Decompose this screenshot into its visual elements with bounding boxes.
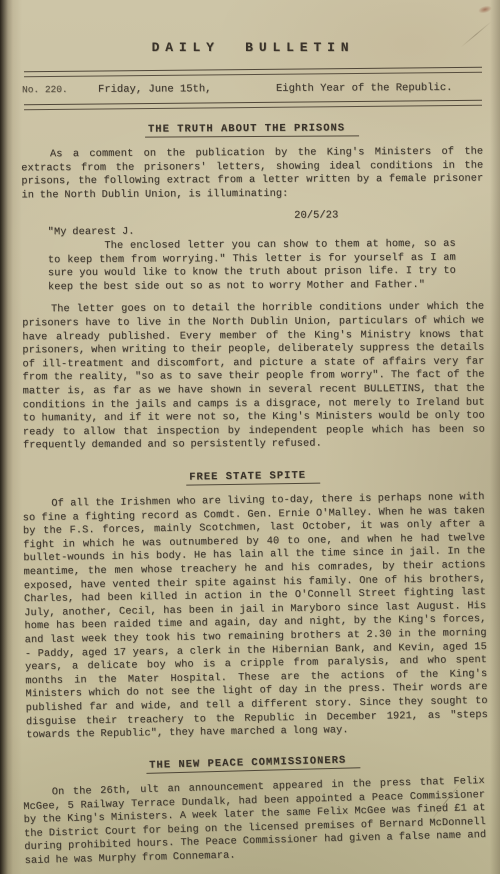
letter-date: 20/5/23: [22, 209, 484, 224]
article-new-peace-commissioners: THE NEW PEACE COMMISSIONERS On the 26th,…: [22, 751, 487, 869]
document-body: DAILY BULLETIN No. 220. Friday, June 15t…: [0, 0, 500, 856]
article-paragraph: On the 26th, ult an announcement appeare…: [23, 775, 487, 869]
article-paragraph: The letter goes on to detail the horribl…: [22, 301, 485, 453]
issue-number: No. 220.: [22, 84, 84, 95]
article-paragraph: As a comment on the publication by the K…: [21, 146, 483, 203]
dateline-date: Friday, June 15th,: [84, 83, 276, 96]
dateline: No. 220. Friday, June 15th, Eighth Year …: [22, 82, 484, 96]
article-heading: FREE STATE SPITE: [186, 469, 320, 485]
scanned-bulletin-page: DAILY BULLETIN No. 220. Friday, June 15t…: [0, 0, 500, 874]
article-free-state-spite: FREE STATE SPITE Of all the Irishmen who…: [22, 467, 488, 743]
article-heading: THE TRUTH ABOUT THE PRISONS: [145, 122, 359, 137]
divider-rule-bottom: [24, 100, 482, 110]
article-truth-about-prisons: THE TRUTH ABOUT THE PRISONS As a comment…: [21, 122, 485, 454]
divider-rule-top: [24, 67, 482, 77]
masthead-title: DAILY BULLETIN: [22, 40, 484, 55]
article-paragraph: Of all the Irishmen who are living to-da…: [22, 491, 488, 743]
dateline-year: Eighth Year of the Republic.: [276, 82, 484, 95]
quoted-letter: "My dearest J. The enclosed letter you c…: [48, 224, 456, 294]
letter-body: The enclosed letter you can show to them…: [48, 238, 456, 295]
article-heading: THE NEW PEACE COMMISSIONERS: [146, 754, 360, 774]
